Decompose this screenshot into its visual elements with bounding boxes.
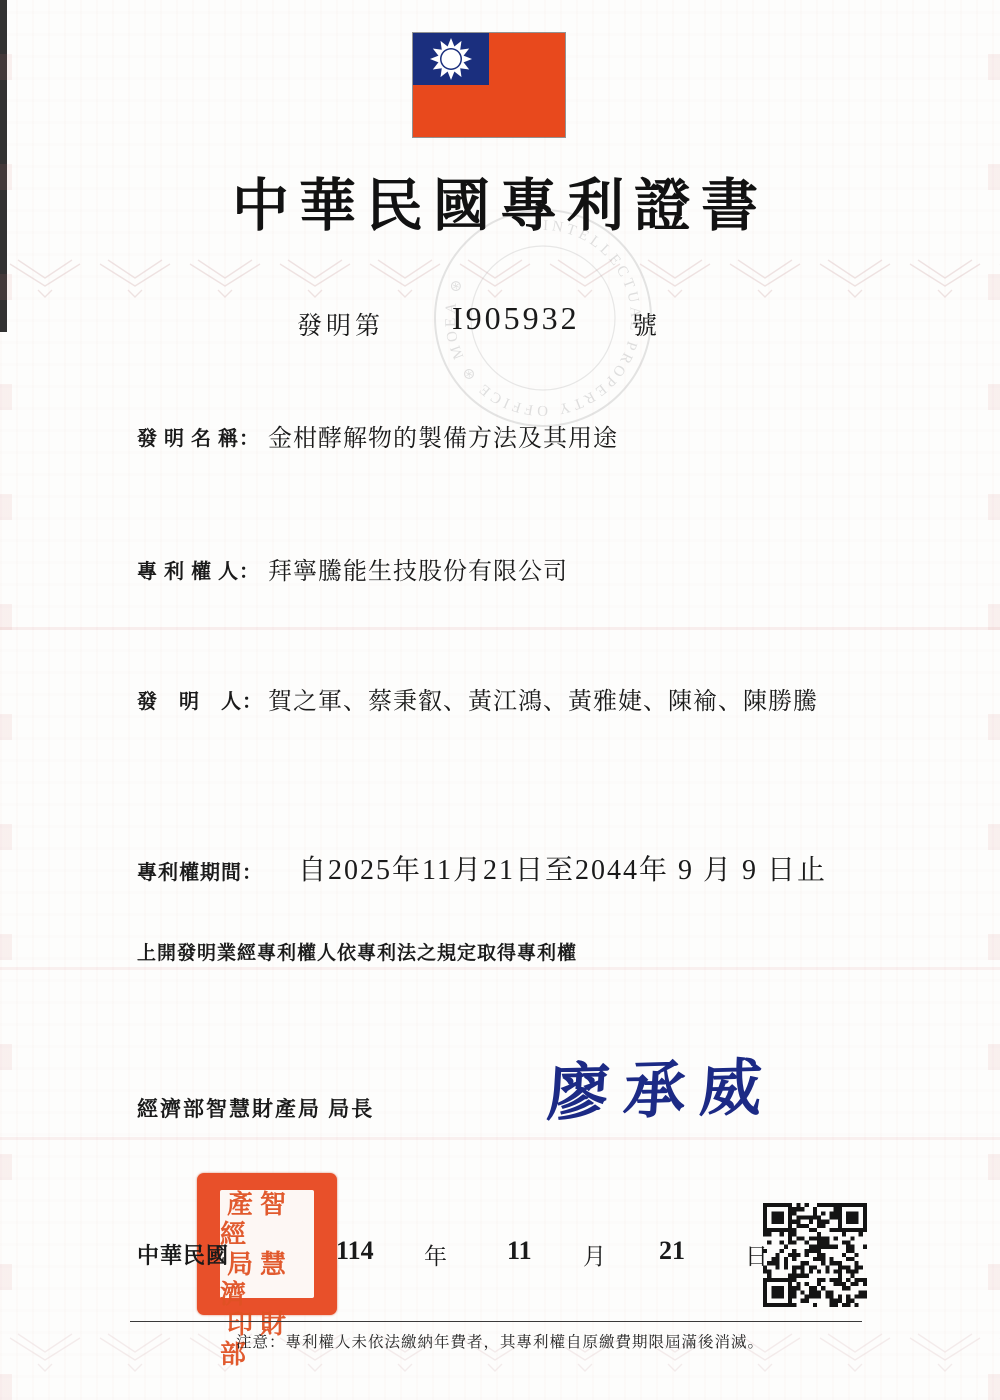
qr-code xyxy=(763,1203,867,1307)
grant-statement: 上開發明業經專利權人依專利法之規定取得專利權 xyxy=(137,938,577,965)
certificate-title: 中華民國專利證書 xyxy=(0,160,1000,242)
guilloche-chevron-band xyxy=(0,256,1000,302)
date-era: 中華民國 xyxy=(137,1236,229,1270)
director-signature: 廖承威 xyxy=(545,1036,821,1132)
inventors-label: 發 明 人： xyxy=(137,685,263,714)
patentee-value: 拜寧騰能生技股份有限公司 xyxy=(268,551,568,586)
date-month-label: 月 xyxy=(583,1236,606,1271)
invention-name-label: 發 明 名 稱： xyxy=(137,422,260,451)
footer-note: 注意：專利權人未依法繳納年費者，其專利權自原繳費期限屆滿後消滅。 xyxy=(0,1330,1000,1352)
invention-name-value: 金柑酵解物的製備方法及其用途 xyxy=(268,418,618,453)
roc-flag xyxy=(413,33,565,137)
security-streak xyxy=(0,1137,1000,1140)
issuer-title: 經濟部智慧財產局 局長 xyxy=(137,1093,374,1123)
footer-rule xyxy=(130,1321,862,1322)
patent-number: I905932 xyxy=(452,300,580,337)
date-year: 114 xyxy=(336,1236,374,1266)
security-streak xyxy=(0,967,1000,970)
date-day: 21 xyxy=(659,1236,685,1266)
patentee-label: 專 利 權 人： xyxy=(137,555,260,584)
security-streak xyxy=(0,627,1000,630)
patent-number-row: 發明第 I905932 號 xyxy=(0,300,1000,340)
patent-term-value: 自2025年11月21日至2044年 9 月 9 日止 xyxy=(298,848,827,888)
patent-number-prefix: 發明第 xyxy=(297,306,384,342)
patent-certificate-page: INTELLECTUAL PROPERTY OFFICE ⊛ MOEA ⊛ 中華… xyxy=(0,0,1000,1400)
date-year-label: 年 xyxy=(424,1236,447,1271)
date-month: 11 xyxy=(507,1236,532,1266)
patent-number-suffix: 號 xyxy=(632,306,657,342)
patent-term-label: 專利權期間： xyxy=(137,856,263,885)
inventors-value: 賀之軍、蔡秉叡、黃江鴻、黃雅婕、陳褕、陳勝騰 xyxy=(268,681,818,716)
